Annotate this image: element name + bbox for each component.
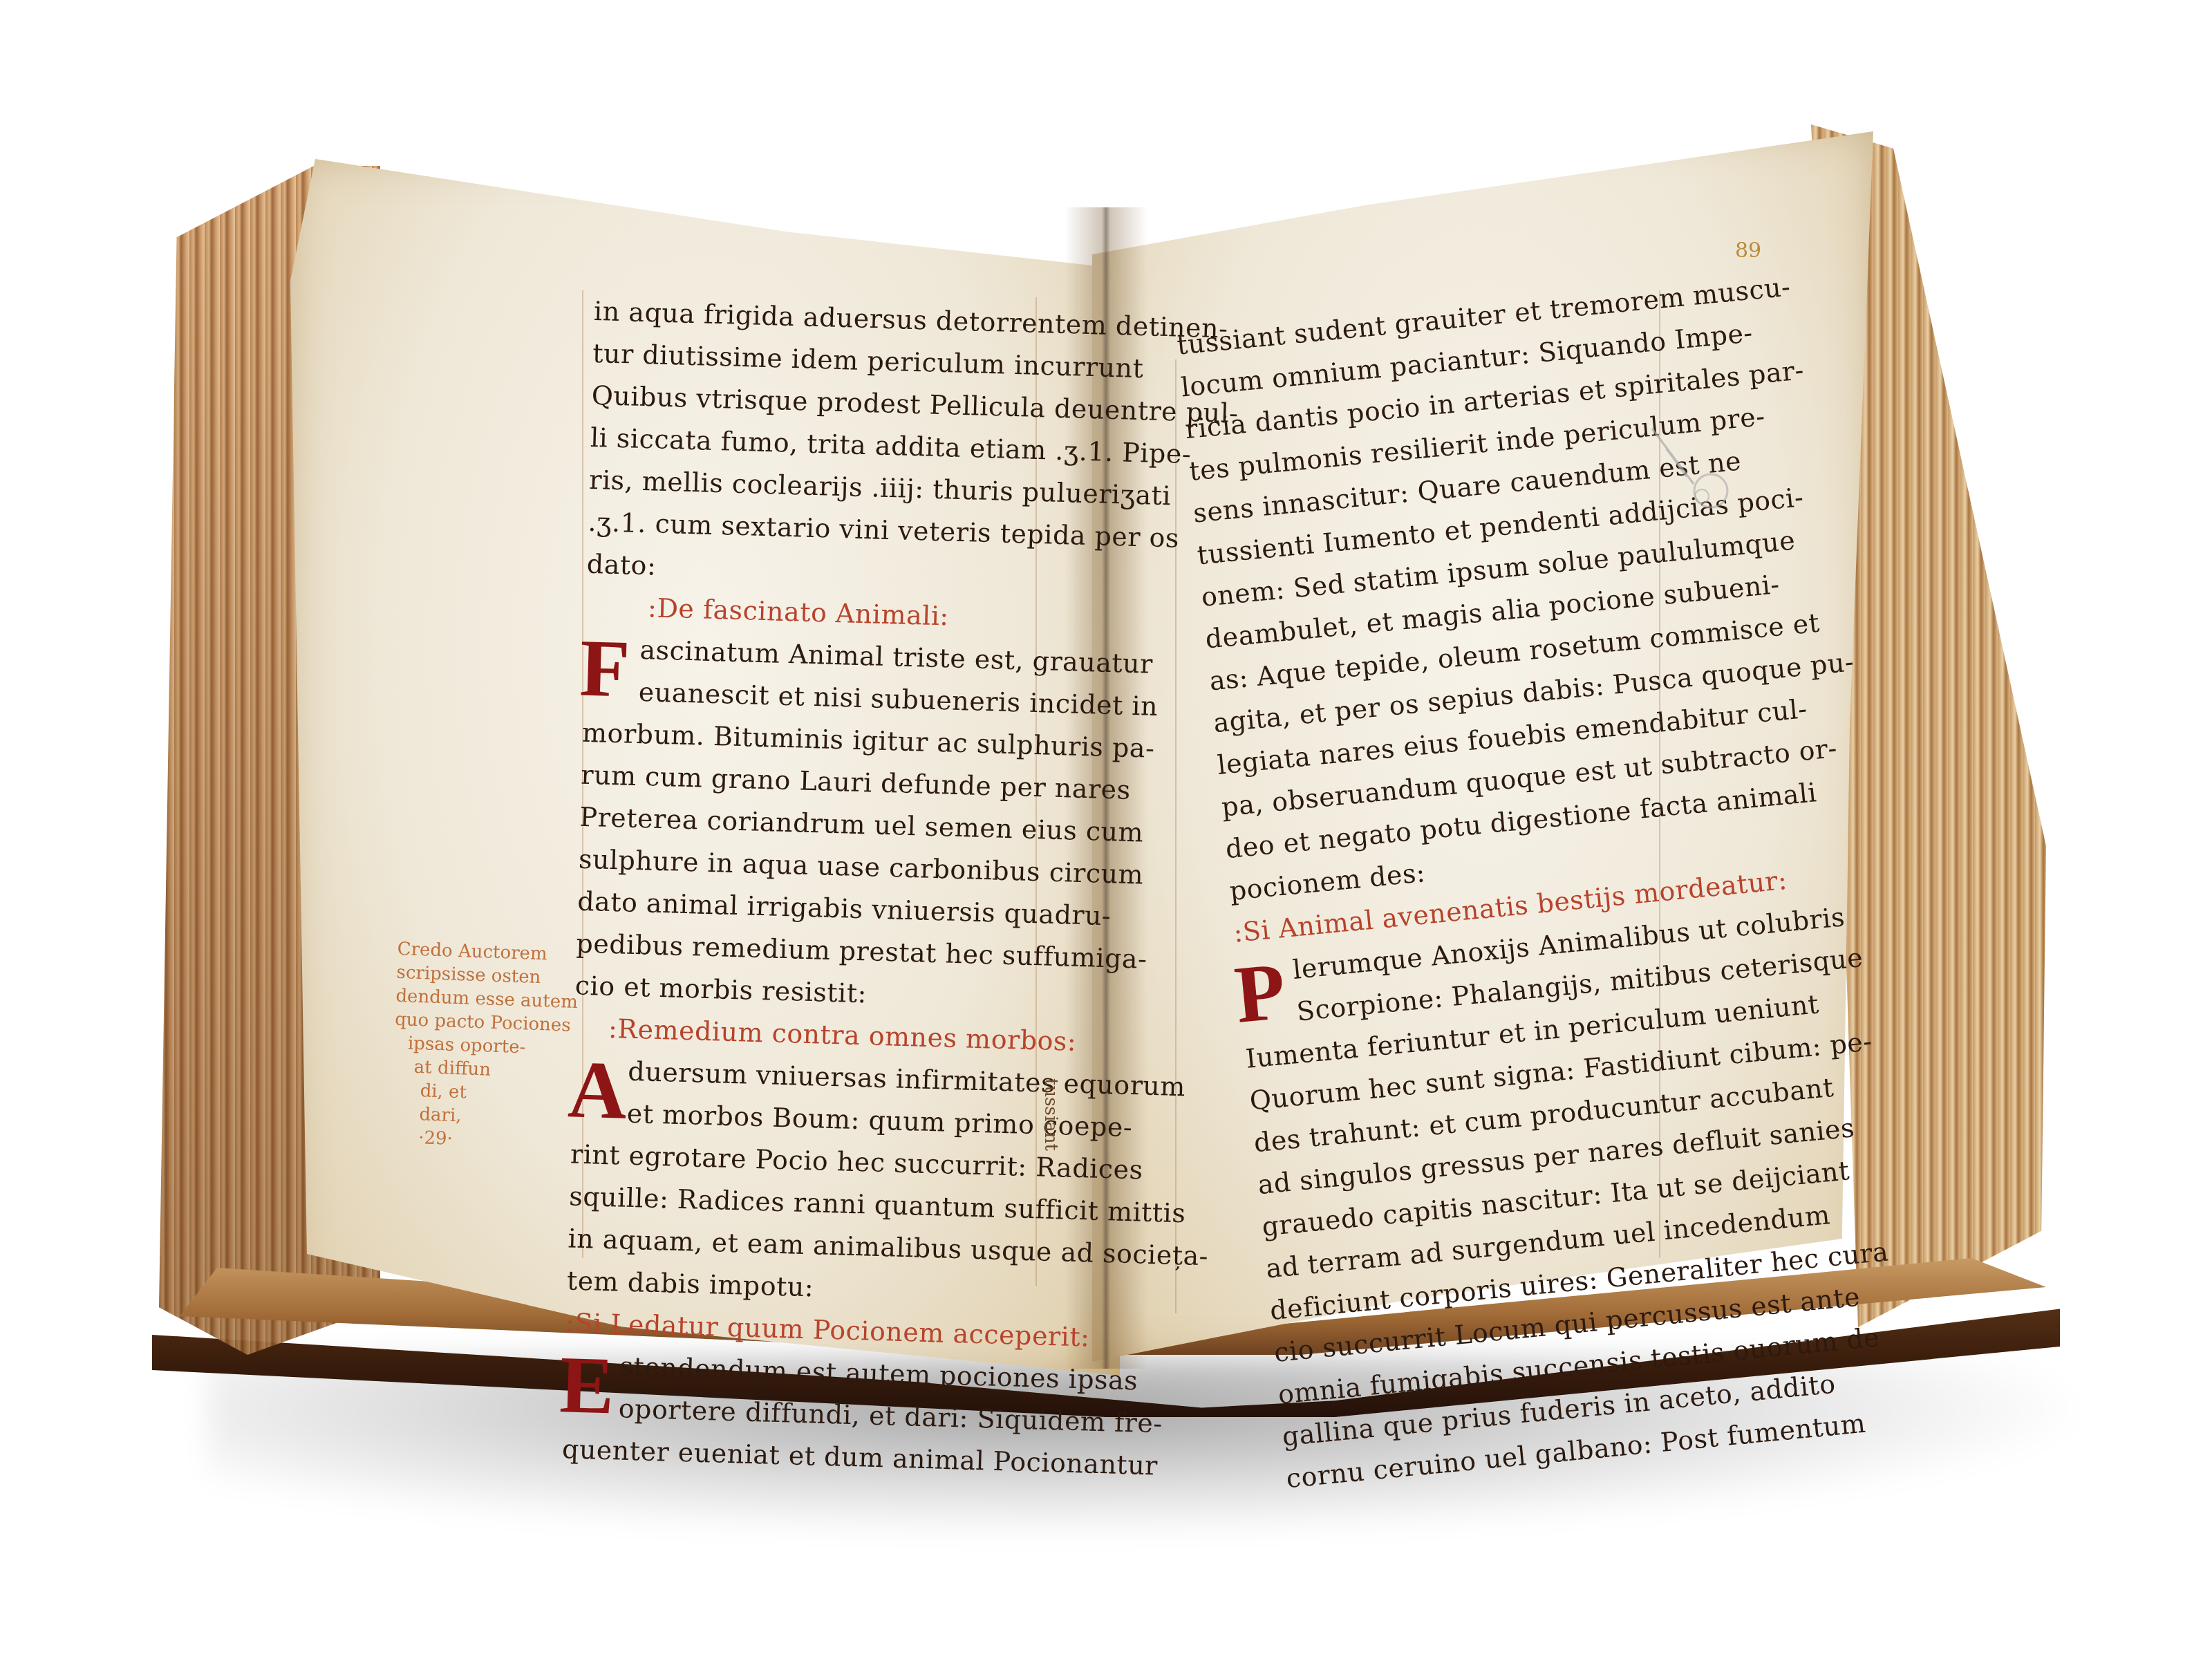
red-initial: A xyxy=(567,1049,628,1132)
marginal-annotation: Credo Auctorem scripsisse osten dendum e… xyxy=(391,937,564,1154)
section-fascinato: F ascinatum Animal triste est, grauatur … xyxy=(574,628,1069,1020)
section-venenatis: P lerumque Anoxijs Animalibus ut colubri… xyxy=(1236,908,1770,1500)
folio-number: 89 xyxy=(1735,238,1761,263)
left-page-text: in aqua frigida aduersus detorrentem det… xyxy=(561,290,1078,1484)
catchword: tussiant xyxy=(1040,1078,1061,1151)
pencil-sketch-icon xyxy=(1645,422,1742,518)
red-initial: P xyxy=(1232,950,1290,1035)
red-initial: E xyxy=(559,1344,615,1427)
section-si-ledatur: E stendendum est autem pociones ipsas op… xyxy=(561,1344,1049,1483)
ruling-line-right-inner xyxy=(1175,359,1177,1313)
section-remedium: A duersum vniuersas infirmitates equorum… xyxy=(566,1049,1057,1315)
manuscript-photo: in aqua frigida aduersus detorrentem det… xyxy=(0,0,2212,1659)
red-initial: F xyxy=(579,628,631,711)
